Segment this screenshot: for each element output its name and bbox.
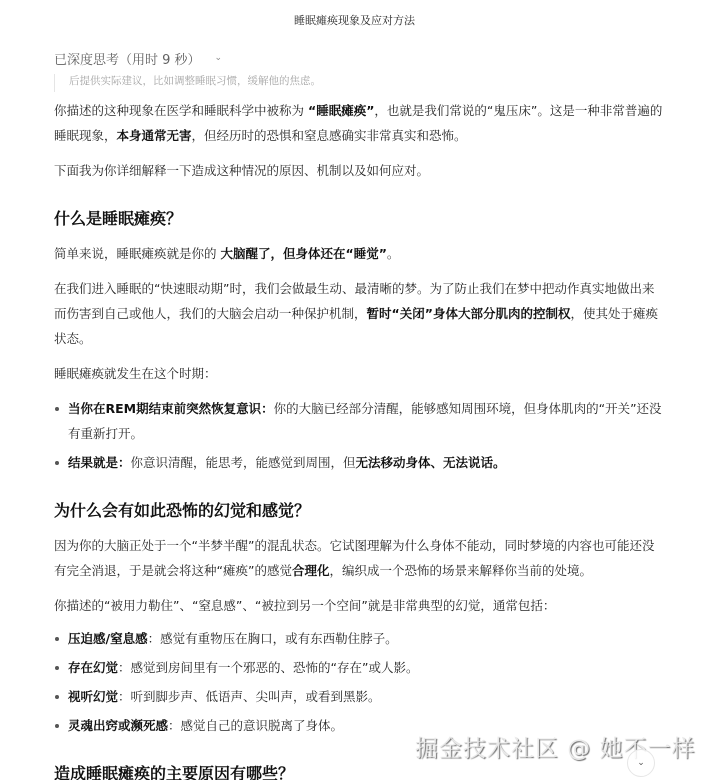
- text: ：感觉到房间里有一个邪恶的、恐怖的“存在”或人影。: [118, 660, 418, 675]
- chevron-down-icon: ⌄: [637, 758, 645, 768]
- text: ：感觉有重物压在胸口，或有东西勒住脖子。: [148, 631, 398, 646]
- bold-term: 合理化: [292, 563, 330, 578]
- section-heading: 什么是睡眠瘫痪？: [54, 207, 664, 231]
- bold-term: 视听幻觉: [68, 689, 118, 704]
- text: ：听到脚步声、低语声、尖叫声，或看到黑影。: [118, 689, 381, 704]
- bold-term: 暂时“关闭”身体大部分肌肉的控制权: [367, 306, 571, 321]
- deep-thinking-label: 已深度思考（用时 9 秒）: [54, 49, 201, 68]
- thinking-excerpt: 后提供实际建议，比如调整睡眠习惯，缓解他的焦虑。: [54, 74, 664, 92]
- paragraph: 睡眠瘫痪就发生在这个时期：: [54, 361, 664, 386]
- bold-term: 无法移动身体、无法说话。: [356, 455, 506, 470]
- section-heading: 为什么会有如此恐怖的幻觉和感觉？: [54, 499, 664, 523]
- intro-paragraph: 你描述的这种现象在医学和睡眠科学中被称为 “睡眠瘫痪”，也就是我们常说的“鬼压床…: [54, 98, 664, 148]
- text: ：感觉自己的意识脱离了身体。: [168, 718, 343, 733]
- text: 。: [387, 246, 400, 261]
- chevron-down-icon: ⌄: [215, 53, 223, 63]
- assistant-message: 已深度思考（用时 9 秒） ⌄ 后提供实际建议，比如调整睡眠习惯，缓解他的焦虑。…: [54, 40, 664, 780]
- bold-term: 结果就是：: [68, 455, 131, 470]
- list-item: 结果就是：你意识清醒，能思考，能感觉到周围，但无法移动身体、无法说话。: [54, 450, 664, 475]
- thinking-excerpt-text: 后提供实际建议，比如调整睡眠习惯，缓解他的焦虑。: [69, 75, 321, 87]
- paragraph: 在我们进入睡眠的“快速眼动期”时，我们会做最生动、最清晰的梦。为了防止我们在梦中…: [54, 276, 664, 351]
- intro-paragraph-2: 下面我为你详细解释一下造成这种情况的原因、机制以及如何应对。: [54, 158, 664, 183]
- text: 你意识清醒，能思考，能感觉到周围，但: [131, 455, 356, 470]
- bold-term: “睡眠瘫痪”: [308, 103, 374, 118]
- paragraph: 你描述的“被用力勒住”、“窒息感”、“被拉到另一个空间”就是非常典型的幻觉，通常…: [54, 593, 664, 618]
- chat-page: 睡眠瘫痪现象及应对方法 已深度思考（用时 9 秒） ⌄ 后提供实际建议，比如调整…: [0, 0, 709, 780]
- paragraph: 因为你的大脑正处于一个“半梦半醒”的混乱状态。它试图理解为什么身体不能动，同时梦…: [54, 533, 664, 583]
- list-item: 存在幻觉：感觉到房间里有一个邪恶的、恐怖的“存在”或人影。: [54, 655, 664, 680]
- section-heading: 造成睡眠瘫痪的主要原因有哪些？: [54, 762, 664, 780]
- bold-term: 大脑醒了，但身体还在“睡觉”: [220, 246, 386, 261]
- bold-term: 压迫感/窒息感: [68, 631, 148, 646]
- text: 你描述的这种现象在医学和睡眠科学中被称为: [54, 103, 308, 118]
- bold-term: 存在幻觉: [68, 660, 118, 675]
- bold-term: 本身通常无害: [117, 128, 192, 143]
- paragraph: 简单来说，睡眠瘫痪就是你的 大脑醒了，但身体还在“睡觉”。: [54, 241, 664, 266]
- bold-term: 当你在REM期结束前突然恢复意识：: [68, 401, 274, 416]
- list-item: 当你在REM期结束前突然恢复意识：你的大脑已经部分清醒，能够感知周围环境，但身体…: [54, 396, 664, 446]
- text: 简单来说，睡眠瘫痪就是你的: [54, 246, 220, 261]
- bullet-list: 当你在REM期结束前突然恢复意识：你的大脑已经部分清醒，能够感知周围环境，但身体…: [54, 396, 664, 475]
- text: ，但经历时的恐惧和窒息感确实非常真实和恐怖。: [192, 128, 467, 143]
- list-item: 视听幻觉：听到脚步声、低语声、尖叫声，或看到黑影。: [54, 684, 664, 709]
- bullet-list: 压迫感/窒息感：感觉有重物压在胸口，或有东西勒住脖子。 存在幻觉：感觉到房间里有…: [54, 626, 664, 738]
- conversation-title-bar: 睡眠瘫痪现象及应对方法: [0, 0, 709, 40]
- conversation-title: 睡眠瘫痪现象及应对方法: [294, 12, 415, 28]
- scroll-to-bottom-button[interactable]: ⌄: [627, 749, 655, 777]
- bold-term: 灵魂出窍或濒死感: [68, 718, 168, 733]
- text: ，编织成一个恐怖的场景来解释你当前的处境。: [329, 563, 592, 578]
- deep-thinking-toggle[interactable]: 已深度思考（用时 9 秒） ⌄: [54, 40, 664, 76]
- list-item: 压迫感/窒息感：感觉有重物压在胸口，或有东西勒住脖子。: [54, 626, 664, 651]
